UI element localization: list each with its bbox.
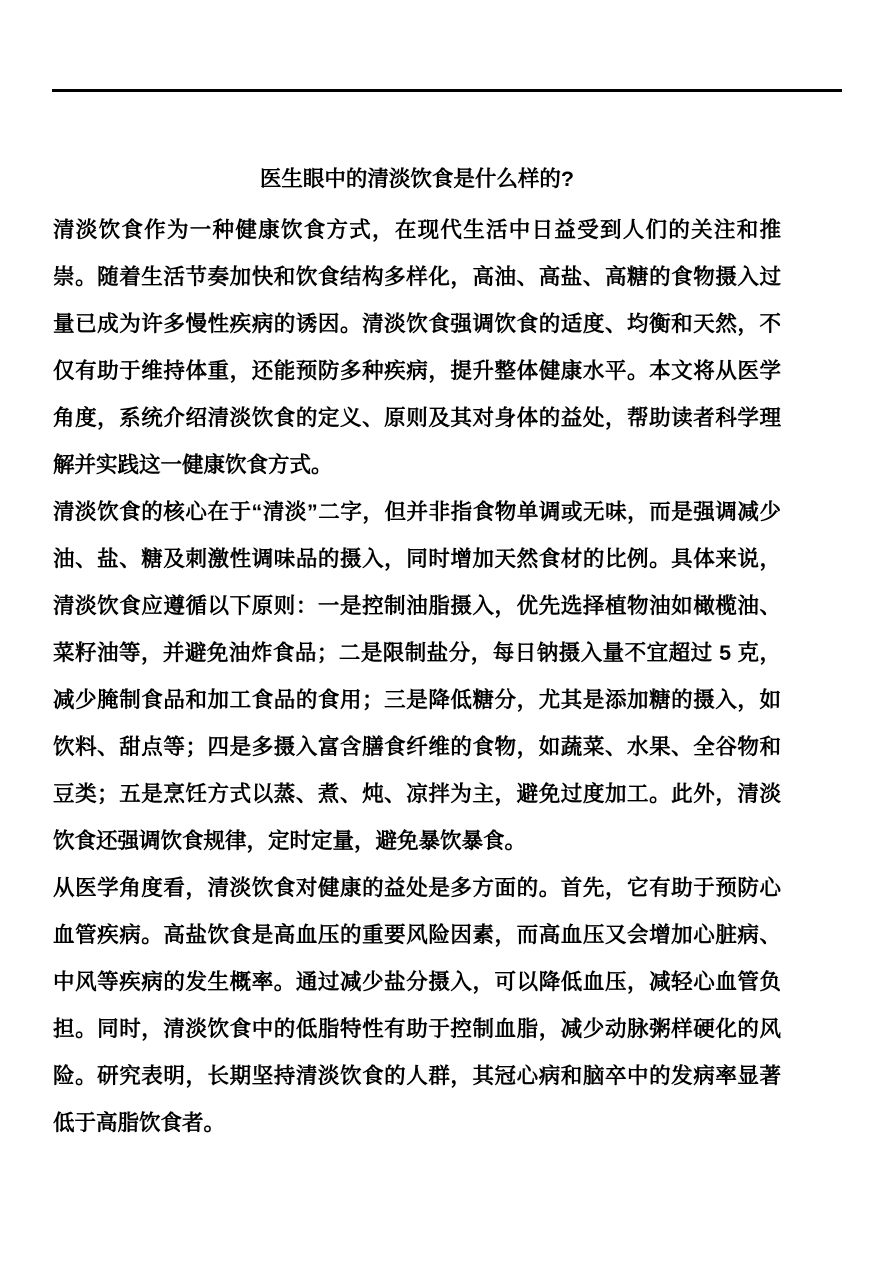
document-title: 医生眼中的清淡饮食是什么样的? bbox=[53, 156, 781, 203]
document-body: 医生眼中的清淡饮食是什么样的? 清淡饮食作为一种健康饮食方式，在现代生活中日益受… bbox=[53, 156, 781, 1147]
document-page: 医生眼中的清淡饮食是什么样的? 清淡饮食作为一种健康饮食方式，在现代生活中日益受… bbox=[0, 0, 893, 1262]
paragraph-principles: 清淡饮食的核心在于“清淡”二字，但并非指食物单调或无味，而是强调减少油、盐、糖及… bbox=[53, 489, 781, 865]
paragraph-medical-benefits: 从医学角度看，清淡饮食对健康的益处是多方面的。首先，它有助于预防心血管疾病。高盐… bbox=[53, 865, 781, 1147]
paragraph-intro: 清淡饮食作为一种健康饮食方式，在现代生活中日益受到人们的关注和推崇。随着生活节奏… bbox=[53, 207, 781, 489]
header-divider-line bbox=[52, 89, 842, 92]
